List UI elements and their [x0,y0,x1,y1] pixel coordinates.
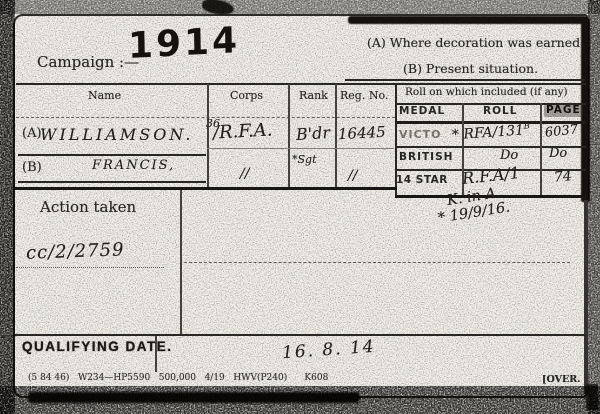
divider-thick-under-names [14,187,397,190]
medal-label-star: 14 STAR [396,175,448,187]
reg-ditto-mark: // [348,169,357,184]
note-present-situation: (B) Present situation. [403,62,538,76]
dotted-line-action-right [184,262,570,263]
corps-value: /R.F.A. [213,120,273,143]
note-where-earned: (A) Where decoration was earned. [367,36,584,50]
medal-label-victory: VICTO [399,129,442,141]
card-right-border [584,200,588,394]
scan-band-top-right [348,16,588,24]
action-area-divider [180,190,182,334]
row-a-label: (A) [22,127,42,141]
divider-under-notes [345,79,585,81]
british-roll-value: Do [500,149,518,163]
qualifying-date-label: QUALIFYING DATE. [22,340,173,355]
rank-note-value: *Sgt [292,154,317,166]
over-note: [OVER. [542,375,580,385]
medal-label-british: BRITISH [399,152,453,164]
underline-surname [18,154,206,156]
medal-table-divider-2 [540,103,542,195]
corps-ditto-mark: // [240,167,249,182]
col-header-name: Name [88,90,121,102]
col-header-reg-no: Reg. No. [340,90,388,102]
print-code: (5 84 46) W234—HP5590 500,000 4/19 HWV(P… [28,374,328,384]
star-page-value: 74 [553,169,572,186]
col-header-roll: Roll on which included (if any) [405,87,568,99]
scan-mark-bottom-right [586,384,598,410]
forename-value: FRANCIS, [92,159,175,173]
british-page-value: Do [549,147,567,161]
underline-forename [18,181,206,183]
col-header-rank: Rank [299,90,328,102]
surname-value: WILLIAMSON. [40,126,193,144]
victory-roll-sup: B [523,120,530,130]
medal-col-header: MEDAL [399,106,445,118]
divider-corps-rank [288,84,290,187]
row-b-label: (B) [22,161,42,175]
page-col-header: PAGE [544,105,583,117]
divider-name-corps [207,84,209,187]
roll-col-header: ROLL [483,106,517,118]
scan-band-bottom-left [28,392,360,403]
underline-action-ref [16,267,164,268]
action-ref-value: cc/2/2759 [26,240,125,263]
campaign-label: Campaign :— [37,54,139,71]
reg-no-value: 16445 [338,124,387,143]
campaign-year-stamp: 1914 [128,21,241,66]
faint-row-line [207,148,394,149]
scan-left-margin [0,0,13,414]
qualifying-divider [155,336,157,372]
divider-table-top [16,83,586,85]
medal-index-card-scan: Campaign :— 1914 (A) Where decoration wa… [0,0,600,414]
col-header-corps: Corps [230,90,263,102]
rank-value: B'dr [295,124,330,144]
divider-above-qualifying [14,334,586,336]
divider-rank-reg [335,84,337,187]
action-taken-label: Action taken [40,199,136,216]
